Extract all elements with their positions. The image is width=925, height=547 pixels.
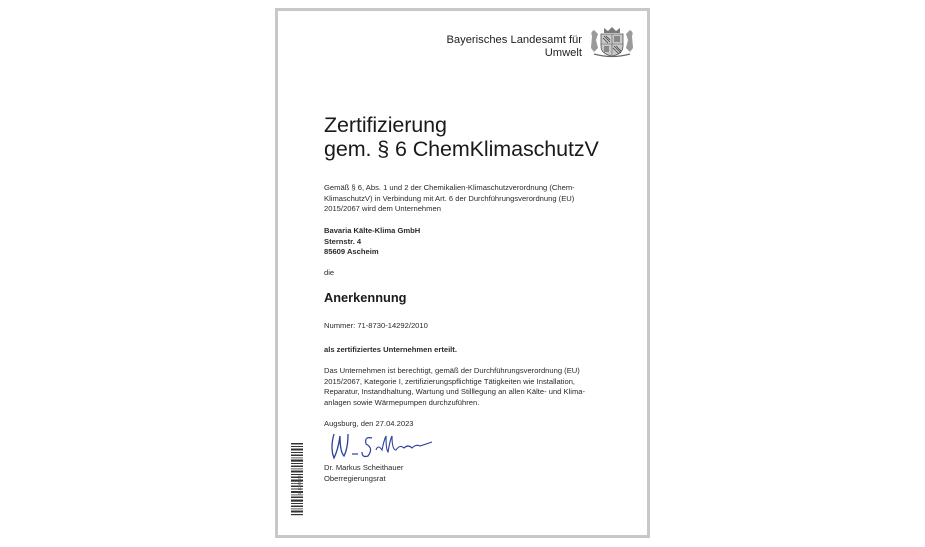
signer-block: Dr. Markus Scheithauer Oberregierungsrat — [324, 463, 403, 484]
company-street: Sternstr. 4 — [324, 237, 420, 248]
title-line1: Zertifizierung — [324, 113, 599, 137]
agency-name: Bayerisches Landesamt für Umwelt — [440, 34, 582, 60]
scope-line1: Das Unternehmen ist berechtigt, gemäß de… — [324, 366, 592, 377]
scope-line2: 2015/2067, Kategorie I, zertifizierungsp… — [324, 377, 592, 388]
intro-line2: KlimaschutzV) in Verbindung mit Art. 6 d… — [324, 194, 594, 205]
barcode-number: 11626023 — [297, 475, 302, 495]
connector-text: die — [324, 268, 334, 279]
scope-paragraph: Das Unternehmen ist berechtigt, gemäß de… — [324, 366, 592, 408]
company-city: 85609 Ascheim — [324, 247, 420, 258]
recognition-heading: Anerkennung — [324, 290, 406, 305]
place-and-date: Augsburg, den 27.04.2023 — [324, 419, 414, 430]
title-line2: gem. § 6 ChemKlimaschutzV — [324, 137, 599, 161]
granted-statement: als zertifiziertes Unternehmen erteilt. — [324, 345, 457, 356]
company-name: Bavaria Kälte-Klima GmbH — [324, 226, 420, 237]
signer-position: Oberregierungsrat — [324, 474, 403, 485]
intro-line3: 2015/2067 wird dem Unternehmen — [324, 204, 594, 215]
company-address: Bavaria Kälte-Klima GmbH Sternstr. 4 856… — [324, 226, 420, 258]
certificate-number: Nummer: 71-8730-14292/2010 — [324, 321, 428, 332]
signature-icon — [328, 430, 438, 464]
document-title: Zertifizierung gem. § 6 ChemKlimaschutzV — [324, 113, 599, 161]
intro-line1: Gemäß § 6, Abs. 1 und 2 der Chemikalien-… — [324, 183, 594, 194]
signer-name: Dr. Markus Scheithauer — [324, 463, 403, 474]
intro-paragraph: Gemäß § 6, Abs. 1 und 2 der Chemikalien-… — [324, 183, 594, 215]
agency-name-line1: Bayerisches Landesamt für — [440, 34, 582, 47]
agency-name-line2: Umwelt — [440, 47, 582, 60]
scope-line4: anlagen sowie Wärmepumpen durchzuführen. — [324, 398, 592, 409]
scope-line3: Reparatur, Instandhaltung, Wartung und S… — [324, 387, 592, 398]
coat-of-arms-icon — [588, 26, 636, 58]
